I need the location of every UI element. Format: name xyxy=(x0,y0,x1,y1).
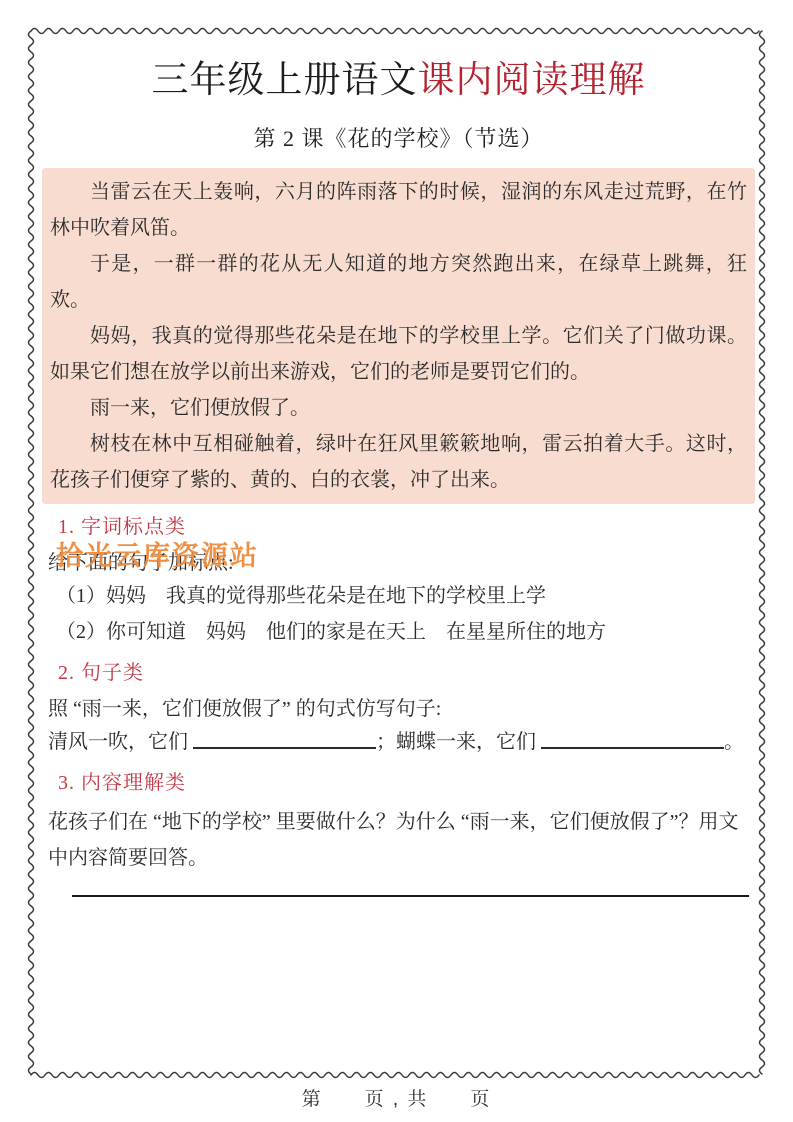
fill-segment-1: 清风一吹，它们 xyxy=(48,731,193,753)
section-3-heading: 3. 内容理解类 xyxy=(58,768,755,798)
section-sentences: 2. 句子类 照 “雨一来，它们便放假了” 的句式仿写句子: 清风一吹，它们 ；… xyxy=(42,658,755,760)
lesson-subtitle: 第 2 课《花的学校》（节选） xyxy=(42,124,755,154)
passage-paragraph: 于是，一群一群的花从无人知道的地方突然跑出来，在绿草上跳舞，狂欢。 xyxy=(50,246,747,318)
worksheet-content: 三年级上册语文课内阅读理解 第 2 课《花的学校》（节选） 当雷云在天上轰响，六… xyxy=(42,42,755,897)
border-left-wave xyxy=(29,31,34,1074)
passage-paragraph: 当雷云在天上轰响，六月的阵雨落下的时候，湿润的东风走过荒野，在竹林中吹着风笛。 xyxy=(50,174,747,246)
passage-paragraph: 雨一来，它们便放假了。 xyxy=(50,390,747,426)
site-watermark: 拾光云库资源站 xyxy=(56,541,259,571)
fill-blank-2 xyxy=(541,731,724,749)
passage-paragraph: 妈妈，我真的觉得那些花朵是在地下的学校里上学。它们关了门做功课。如果它们想在放学… xyxy=(50,318,747,390)
border-right-wave xyxy=(760,31,765,1074)
passage-paragraph: 树枝在林中互相碰触着，绿叶在狂风里簌簌地响，雷云拍着大手。这时，花孩子们便穿了紫… xyxy=(50,426,747,498)
page-title-black-part: 三年级上册语文 xyxy=(152,60,418,101)
answer-writing-line xyxy=(72,895,749,897)
punctuation-item-2: （2）你可知道 妈妈 他们的家是在天上 在星星所住的地方 xyxy=(42,614,755,650)
section-1-instruction-row: 给下面的句子加标点: 拾光云库资源站 xyxy=(42,548,755,578)
page-title: 三年级上册语文课内阅读理解 xyxy=(42,58,755,104)
reading-passage: 当雷云在天上轰响，六月的阵雨落下的时候，湿润的东风走过荒野，在竹林中吹着风笛。 … xyxy=(42,168,755,504)
fill-segment-3: 。 xyxy=(724,731,744,753)
sentence-fill-row: 清风一吹，它们 ；蝴蝶一来，它们 。 xyxy=(42,724,755,760)
border-bottom-wave xyxy=(31,1073,759,1078)
comprehension-question: 花孩子们在 “地下的学校” 里要做什么？为什么 “雨一来，它们便放假了”？用文中… xyxy=(42,804,755,876)
punctuation-item-1: （1）妈妈 我真的觉得那些花朵是在地下的学校里上学 xyxy=(42,578,755,614)
fill-segment-2: ；蝴蝶一来，它们 xyxy=(376,731,541,753)
section-2-heading: 2. 句子类 xyxy=(58,658,755,688)
section-1-heading: 1. 字词标点类 xyxy=(58,512,755,542)
section-2-instruction: 照 “雨一来，它们便放假了” 的句式仿写句子: xyxy=(42,694,755,724)
section-words-punctuation: 1. 字词标点类 给下面的句子加标点: 拾光云库资源站 （1）妈妈 我真的觉得那… xyxy=(42,512,755,650)
section-comprehension: 3. 内容理解类 花孩子们在 “地下的学校” 里要做什么？为什么 “雨一来，它们… xyxy=(42,768,755,876)
fill-blank-1 xyxy=(193,731,376,749)
page-title-red-part: 课内阅读理解 xyxy=(418,60,646,101)
page-footer: 第 页 , 共 页 xyxy=(0,1084,793,1111)
border-top-wave xyxy=(31,29,759,34)
